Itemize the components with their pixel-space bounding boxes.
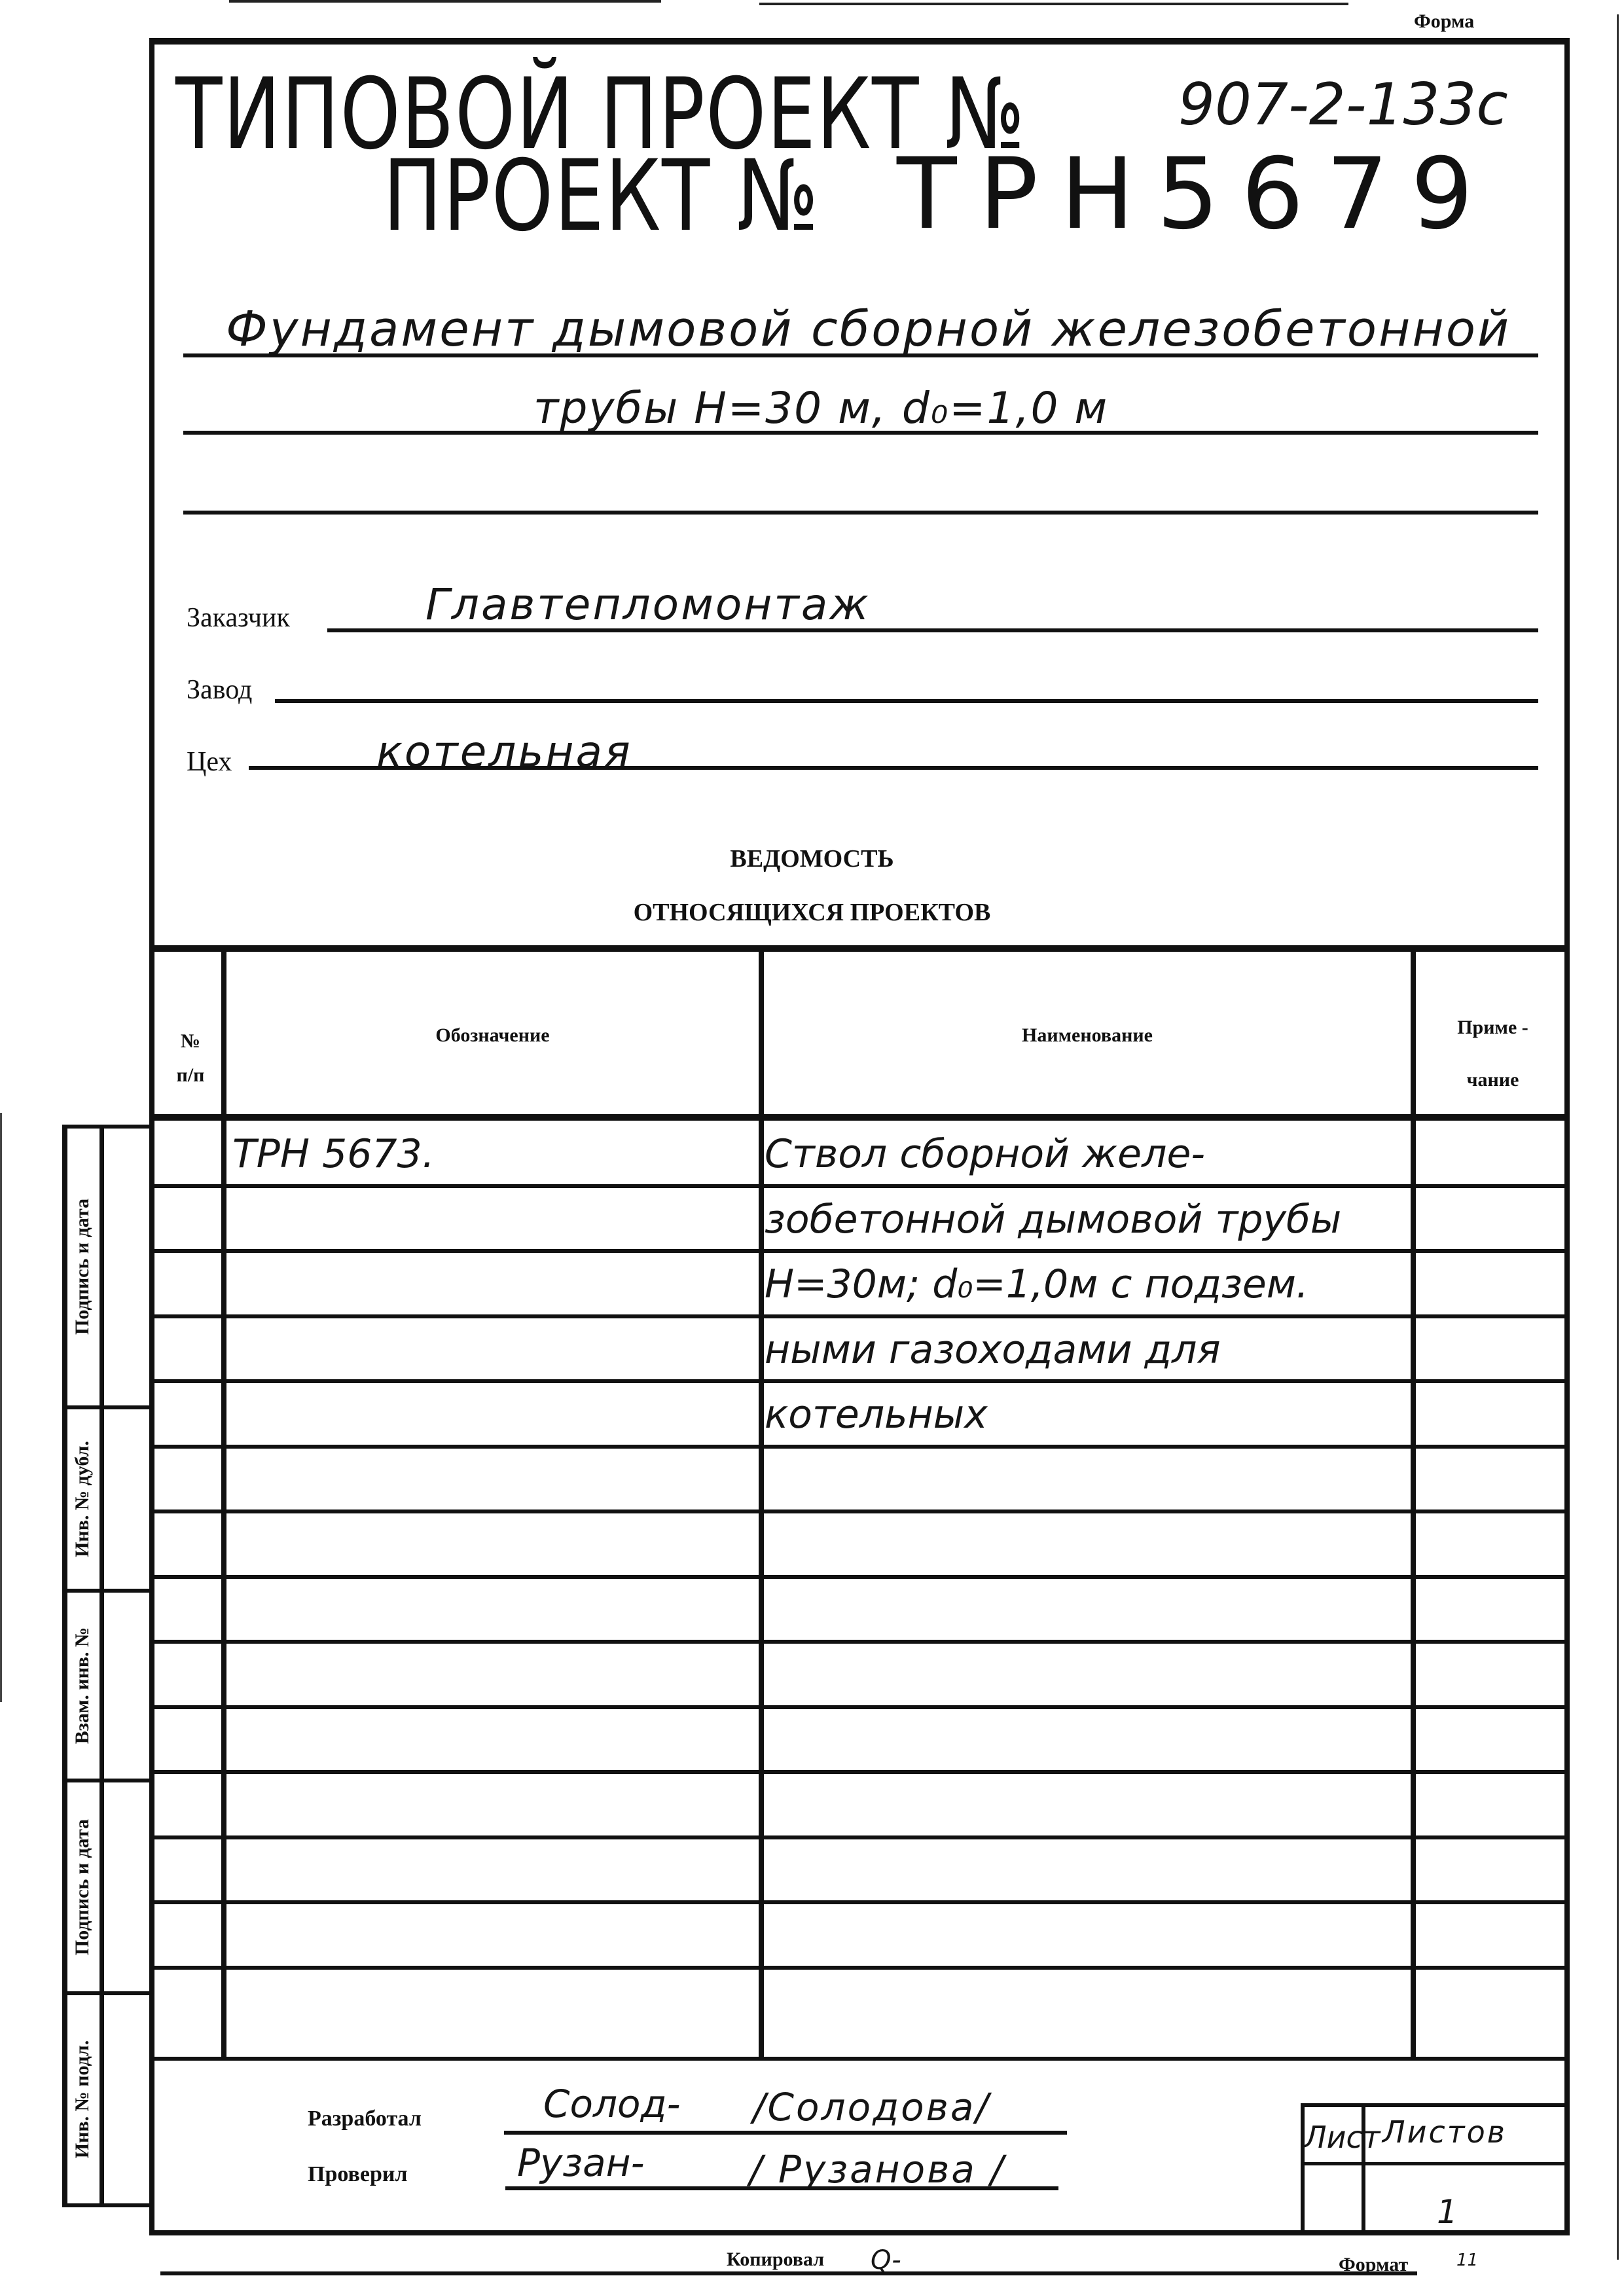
top-edge-mark [229, 0, 661, 3]
shop-label: Цех [187, 746, 232, 778]
column-header-note: Приме -чание [1416, 1002, 1570, 1106]
row-divider [149, 1249, 1570, 1253]
row-divider [149, 1445, 1570, 1449]
table-top-border [149, 945, 1570, 952]
form-label: Форма [1414, 10, 1474, 33]
plant-underline [275, 699, 1538, 703]
row-divider [149, 1640, 1570, 1644]
title-project: ПРОЕКТ № [383, 147, 820, 245]
section-subtitle: ОТНОСЯЩИХСЯ ПРОЕКТОВ [0, 898, 1624, 927]
row-divider [149, 1510, 1570, 1513]
stamp-cell-label: Подпись и дата [65, 1126, 99, 1407]
column-header-name: Наименование [764, 1024, 1411, 1047]
page-bottom-edge [160, 2271, 1417, 2275]
cell-name: H=30м; d₀=1,0м с подзем. [765, 1261, 1308, 1307]
project-number: ТРН5679 [897, 145, 1496, 244]
sheet-label: Лист [1304, 2120, 1380, 2155]
column-divider [221, 945, 226, 2058]
column-header-designation: Обозначение [226, 1024, 759, 1047]
stamp-label-text: Подпись и дата [71, 1818, 94, 1955]
table-header-border [149, 1114, 1570, 1121]
row-divider [149, 1575, 1570, 1579]
stamp-cell-label: Инв. № подл. [65, 1993, 99, 2205]
stamp-label-text: Инв. № дубл. [71, 1441, 94, 1557]
page-edge [1617, 14, 1619, 2260]
customer-label: Заказчик [187, 602, 290, 634]
developed-by-underline [504, 2131, 1067, 2135]
column-divider [1411, 945, 1416, 2058]
cell-designation: ТРН 5673. [232, 1131, 435, 1177]
row-divider [149, 1379, 1570, 1383]
page-edge [0, 1113, 2, 1702]
stamp-cell-label: Инв. № дубл. [65, 1407, 99, 1591]
cell-name: зобетонной дымовой трубы [765, 1197, 1341, 1242]
stamp-cell-label: Взам. инв. № [65, 1591, 99, 1781]
standard-project-number: 907-2-133с [1178, 71, 1508, 138]
row-divider [149, 1705, 1570, 1709]
column-header-number: №п/п [161, 1024, 220, 1093]
developed-by-label: Разработал [308, 2106, 422, 2131]
description-underline [183, 353, 1538, 357]
checked-by-underline [505, 2186, 1058, 2190]
description-underline [183, 431, 1538, 435]
developed-by-name: /Солодова/ [753, 2085, 990, 2129]
sheet-info-divider [1301, 2162, 1570, 2165]
stamp-cell-label: Подпись и дата [65, 1781, 99, 1993]
copied-by-label: Копировал [727, 2249, 824, 2271]
checked-by-label: Проверил [308, 2162, 408, 2187]
shop-underline [249, 766, 1538, 770]
row-divider [149, 1770, 1570, 1774]
sheets-count: 1 [1437, 2193, 1458, 2231]
section-title: ВЕДОМОСТЬ [0, 844, 1624, 873]
row-divider [149, 1314, 1570, 1318]
checked-by-name: / Рузанова / [749, 2147, 1005, 2192]
stamp-label-text: Взам. инв. № [71, 1627, 94, 1744]
row-divider [149, 1900, 1570, 1904]
customer-value: Главтепломонтаж [425, 579, 871, 630]
title-block-border [149, 2057, 1570, 2061]
customer-underline [327, 628, 1538, 632]
stamp-border [99, 1126, 104, 2207]
row-divider [149, 1966, 1570, 1970]
column-divider [759, 945, 764, 2058]
project-description-line-1: Фундамент дымовой сборной железобетонной [226, 301, 1511, 357]
stamp-label-text: Инв. № подл. [71, 2040, 94, 2158]
sheets-label: Листов [1382, 2114, 1507, 2150]
developed-by-signature: Солод- [543, 2082, 681, 2126]
format-value: 11 [1456, 2251, 1478, 2270]
description-underline [183, 511, 1538, 515]
stamp-label-text: Подпись и дата [71, 1199, 94, 1335]
top-edge-mark [759, 3, 1348, 5]
row-divider [149, 1835, 1570, 1839]
cell-name: ными газоходами для [765, 1327, 1221, 1373]
cell-name: котельных [765, 1392, 988, 1437]
checked-by-signature: Рузан- [517, 2141, 645, 2185]
project-description-line-2: трубы H=30 м, d₀=1,0 м [533, 383, 1108, 433]
plant-label: Завод [187, 674, 252, 706]
row-divider [149, 1184, 1570, 1188]
cell-name: Ствол сборной желе- [765, 1131, 1205, 1177]
